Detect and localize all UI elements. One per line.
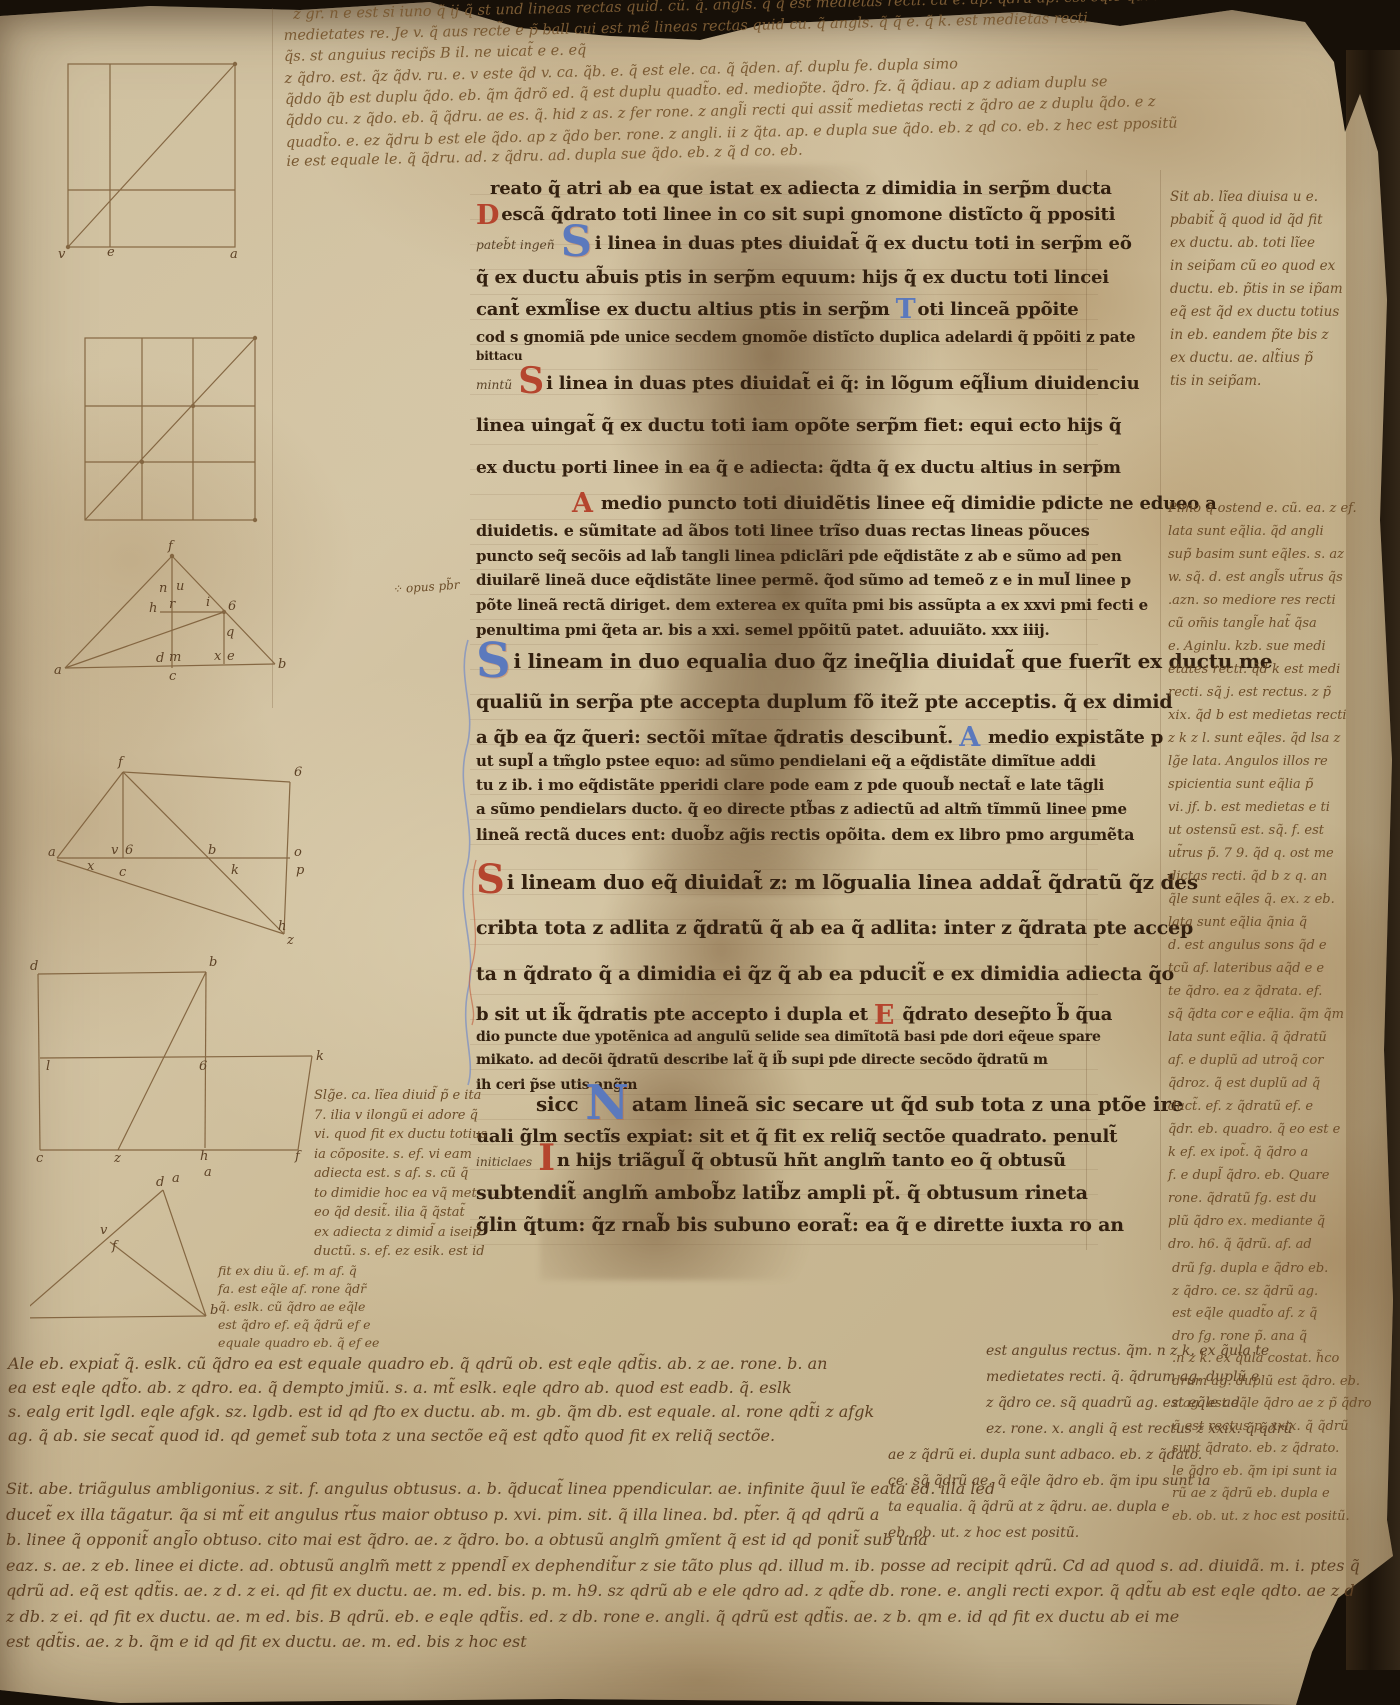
text-line: q̃dr. eb. quadro. q̃ eo est e [1168,1118,1357,1141]
text-line: medietates recti. q̃. q̃drum ag. duplũ e [986,1364,1292,1390]
text-line: ta n q̃drato q̃ a dimidia ei q̃z q̃ ab e… [476,963,1101,987]
text-line: e. Aginlu. kzb. sue medi [1168,635,1357,658]
text-line: d. est angulus sons q̃d e [1168,934,1357,957]
grand-blue-initial: S [561,216,592,267]
figure-rectangle-with-diagonal [38,972,312,1150]
text-line: qdrũ ad. eq̃ est qdt̃is. ae. z d. z ei. … [6,1578,1360,1604]
text-line: ex adiecta z dimid̃ a iseip̃ [314,1223,487,1243]
svg-text:x: x [87,859,95,874]
red-initial: A [572,488,593,519]
svg-text:z: z [113,1151,121,1166]
text-line: ia cõposite. s. ef. vi eam [314,1145,487,1165]
text-line: q̃. eslk. cũ q̃dro ae eq̃le [218,1298,379,1316]
svg-text:o: o [294,845,302,860]
svg-text:h: h [149,601,157,616]
text-line: ae z q̃drũ ei. dupla sunt adbaco. eb. z … [888,1442,1292,1468]
text-line: recti. sq̃ j. est rectus. z p̃ [1168,681,1357,704]
text-line: plũ q̃dro ex. mediante q̃ [1168,1210,1357,1233]
svg-text:f: f [167,539,175,554]
svg-text:c: c [36,1151,44,1166]
text-line: lata sunt eq̃lia. q̃ q̃dratũ [1168,1026,1357,1049]
figure-obtuse-triangle-extended [57,772,290,934]
svg-text:r: r [169,597,176,612]
svg-text:f: f [117,755,125,770]
text-line: ez. rone. x. angli q̃ est rectus z xxix.… [986,1416,1292,1442]
text-line: equale quadro eb. q̃ ef ee [218,1334,379,1352]
text-line: tis in seip̃am. [1170,370,1343,393]
svg-text:6: 6 [125,843,133,858]
text-line: a q̃b ea q̃z q̃ueri: sectõi mĩtae q̃drat… [476,727,1101,749]
text-line: sicc Natam lineã sic secare ut q̃d sub t… [536,1092,1101,1117]
left-margin-note-continued: fit ex diu ũ. ef. m af. q̃fa. est eq̃le … [218,1262,379,1352]
text-line: spicientia sunt eq̃lia p̃ [1168,773,1357,796]
text-line: z k z l. sunt eq̃les. q̃d lsa z [1168,727,1357,750]
text-line: ea est eqle qdt̃o. ab. z qdro. ea. q̃ de… [8,1376,874,1400]
text-line: ex ductu. ab. toti lĩee [1170,232,1343,255]
grand-blue-initial: N [585,1075,629,1131]
text-line: ut supl̃ a tm̃glo pstee equo: ad sũmo pe… [476,752,1101,771]
text-line: subtendit̃ anglm̃ ambob̃z latib̃z ampli … [476,1182,1101,1206]
text-line: tcũ af. lateribus aq̃d e e [1168,957,1357,980]
figure-square-grid-3x3-diagonal [85,336,257,521]
svg-text:f: f [294,1149,302,1164]
text-line: ag. q̃ ab. sie secat̃ quod id. qd gemet̃… [8,1424,874,1448]
text-line: puncto seq̃ secõis ad lab̃ tangli linea … [476,547,1101,566]
grand-red-initial: S [476,856,505,903]
text-line: pbabit̃ q̃ quod id q̃d fit [1170,209,1343,232]
svg-text:e: e [227,649,235,664]
text-line: duct̃. ef. z q̃dratũ ef. e [1168,1095,1357,1118]
text-line: q̃droz. q̃ est duplũ ad q̃ [1168,1072,1357,1095]
svg-text:v: v [111,843,119,858]
text-line: sq̃ q̃dta cor e eq̃lia. q̃m q̃m [1168,1003,1357,1026]
text-line: cod s gnomiã pde unice secdem gnomõe dis… [476,328,1101,347]
top-gloss: z gr. n e est si iuno q̃ ij q̃ st und li… [283,0,1266,170]
text-line: dictas recti. q̃d b z q. an [1168,865,1357,888]
svg-text:b: b [209,955,217,970]
svg-text:c: c [169,669,177,684]
text-line: vi. jf. b. est medietas e ti [1168,796,1357,819]
bottom-note-c: Sit. abe. triãgulus ambligonius. z sit. … [6,1476,1360,1655]
bottom-note-a: Ale eb. expiat̃ q̃. eslk. cũ q̃dro ea es… [8,1352,874,1448]
text-line: adiecta est. s af. s. cũ q̃ [314,1164,487,1184]
text-line: est angulus rectus. q̃m. n z k. ex q̃ula… [986,1338,1292,1364]
text-line: cant̃ exml̃ise ex ductu altius ptis in s… [476,299,1101,321]
text-line: bittacu [476,349,1101,364]
text-line: lata sunt eq̃lia. q̃d angli [1168,520,1357,543]
text-line: te q̃dro. ea z q̃drata. ef. [1168,980,1357,1003]
svg-text:l: l [46,1059,50,1074]
text-line: eo q̃d desit̃. ilia q̃ q̃stat̃ [314,1203,487,1223]
manuscript-page: v e a f n u h r i 6 q a d m x e c b f 6 … [0,0,1400,1705]
grand-red-initial: I [538,1137,555,1179]
svg-text:6: 6 [199,1059,207,1074]
text-line: a sũmo pendielars ducto. q̃ eo directe p… [476,800,1101,819]
text-line: linea uingat̃ q̃ ex ductu toti iam opõte… [476,415,1101,437]
text-line: vi. quod fit ex ductu totius [314,1125,487,1145]
text-line: Slg̃e. ca. lĩea diuid̃ p̃ e ita [314,1086,487,1106]
text-line: Si lineam duo eq̃ diuidat̃ z: m lõgualia… [476,870,1101,895]
text-line: mikato. ad decõi q̃dratũ describe lat̃ q… [476,1052,1101,1069]
text-line: pateb̃t ingeñ Si linea in duas ptes diui… [476,233,1101,255]
text-line: s. ealg erit lgdl. eqle afgk. sz. lgdb. … [8,1400,874,1424]
text-line: w. sq̃. d. est angl̃s ut̃rus q̃s [1168,566,1357,589]
svg-text:u: u [176,579,184,594]
left-margin-note: Slg̃e. ca. lĩea diuid̃ p̃ e ita7. ilia v… [314,1086,487,1262]
text-line: cũ om̃is tangl̃e hat̃ q̃sa [1168,612,1357,635]
text-line: qualiũ in serp̃a pte accepta duplum fõ i… [476,691,1101,715]
grand-blue-initial: S [476,633,510,689]
text-line: b sit ut ik̃ q̃dratis pte accepto i dupl… [476,1004,1101,1026]
svg-text:b: b [208,843,216,858]
text-line: diuilarẽ lineã duce eq̃distãte linee per… [476,571,1101,590]
text-line: cribta tota z adlita z q̃dratũ q̃ ab ea … [476,917,1101,941]
red-initial: E [874,1000,894,1031]
right-margin-note-mid: Pimo q̃ ostend e. cũ. ea. z ef.lata sunt… [1168,497,1357,1256]
svg-text:6: 6 [294,765,302,780]
svg-text:f: f [111,1239,119,1254]
text-line: q̃ ex ductu ab̃uis ptis in serp̃m equum:… [476,267,1101,289]
text-line: ut̃rus p̃. 7 9. q̃d q. ost me [1168,842,1357,865]
svg-text:b: b [278,657,286,672]
svg-text:h: h [278,919,286,934]
text-line: ut ostensũ est. sq̃. f. est [1168,819,1357,842]
text-line: af. e duplũ ad utroq̃ cor [1168,1049,1357,1072]
text-line: Pimo q̃ ostend e. cũ. ea. z ef. [1168,497,1357,520]
text-line: fit ex diu ũ. ef. m af. q̃ [218,1262,379,1280]
svg-text:k: k [231,863,239,878]
text-line: k ef. ex ipot̃. q̃ q̃dro a [1168,1141,1357,1164]
red-initial: D [476,200,499,231]
text-line: eaz. s. ae. z eb. linee ei dicte. ad. ob… [6,1553,1360,1579]
text-line: est q̃dro ef. eq̃ q̃drũ ef e [218,1316,379,1334]
text-line: z db. z ei. qd fit ex ductu. ae. m ed. b… [6,1604,1360,1630]
svg-text:a: a [48,845,56,860]
svg-text:a: a [54,663,62,678]
svg-text:d: d [156,651,164,666]
text-line: Ale eb. expiat̃ q̃. eslk. cũ q̃dro ea es… [8,1352,874,1376]
svg-text:d: d [156,1175,164,1190]
text-line: uali g̃lm sectĩs expiat: sit et q̃ fit e… [476,1126,1101,1148]
text-line: b. linee q̃ opponit̃ angl̃o obtuso. cito… [6,1527,1360,1553]
text-line: est eq̃le quadt̃o af. z q̃ [1172,1303,1372,1326]
text-line: ex ductu. ae. alt̃ius p̃ [1170,347,1343,370]
text-line: rone. q̃dratũ fg. est du [1168,1187,1357,1210]
text-line: f. e dupl̃ q̃dro. eb. Quare [1168,1164,1357,1187]
svg-text:d: d [30,959,38,974]
text-line: reato q̃ atri ab ea que istat ex adiecta… [490,178,1101,200]
text-line: z q̃dro ce. sq̃ quadrũ ag. est eq̃le ad [986,1390,1292,1416]
text-line: lg̃e lata. Angulos illos re [1168,750,1357,773]
svg-text:a: a [230,247,238,262]
small-gloss-words: pateb̃t ingeñ [476,238,555,252]
text-line: .azn. so mediore res recti [1168,589,1357,612]
text-line: Sit. abe. triãgulus ambligonius. z sit. … [6,1476,1360,1502]
svg-text:v: v [58,247,66,262]
text-line: tu z ib. i mo eq̃distãte pperidi clare p… [476,776,1101,795]
text-line: diuidetis. e sũmitate ad ãbos toti linee… [476,521,1101,541]
text-line: Si lineam in duo equalia duo q̃z ineq̃li… [476,649,1101,674]
svg-text:a: a [172,1171,180,1186]
text-line: dio puncte due ypotẽnica ad angulũ selid… [476,1029,1101,1046]
text-line: ducet̃ ex illa tãgatur. q̃a si mt̃ eit a… [6,1502,1360,1528]
right-margin-note-top: Sit ab. lĩea diuisa u e.pbabit̃ q̃ quod … [1170,186,1343,393]
text-line: etates recti. q̃d k est medi [1168,658,1357,681]
text-line: lineã rectã duces ent: duob̃z ag̃is rect… [476,825,1101,845]
figure-triangle-lower [30,1190,206,1318]
svg-text:x: x [214,649,222,664]
text-line: Sit ab. lĩea diuisa u e. [1170,186,1343,209]
text-line: ex ductu porti linee in ea q̃ e adiecta:… [476,458,1101,479]
svg-text:m: m [169,650,181,665]
svg-text:h: h [200,1149,208,1164]
text-line: to dimidie hoc ea vq̃ met [314,1184,487,1204]
blue-initial: A [959,722,980,753]
blue-initial: T [896,294,916,325]
text-line: ductu. eb. p̃tis in se ip̃am [1170,278,1343,301]
text-line: z q̃dro. ce. sz q̃drũ ag. [1172,1281,1372,1304]
svg-text:k: k [316,1049,324,1064]
svg-text:q: q [226,625,234,640]
svg-text:a: a [204,1165,212,1180]
text-line: g̃lin q̃tum: q̃z rnab̃ bis subuno eorat̃… [476,1214,1101,1238]
svg-text:6: 6 [228,599,236,614]
text-line: q̃le sunt eq̃les q̃. ex. z eb. [1168,888,1357,911]
text-line: fa. est eq̃le af. rone q̃dr̃ [218,1280,379,1298]
svg-text:i: i [206,595,210,610]
grand-red-initial: S [518,360,544,402]
svg-text:z: z [286,933,294,948]
svg-text:p: p [296,863,305,878]
text-line: est qdt̃is. ae. z b. q̃m e id qd fit ex … [6,1629,1360,1655]
text-line: dro. h6. q̃ q̃drũ. af. ad [1168,1233,1357,1256]
text-line: xix. q̃d b est medietas recti [1168,704,1357,727]
svg-text:n: n [159,581,167,596]
svg-text:e: e [107,245,115,260]
text-line: ductũ. s. ef. ez esik. est id [314,1242,487,1262]
figure-square-with-diagonal [66,62,236,248]
svg-text:v: v [100,1223,108,1238]
svg-text:c: c [119,865,127,880]
text-line: penultima pmi q̃eta ar. bis a xxi. semel… [476,621,1101,640]
text-line: A medio puncto toti diuidẽtis linee eq̃ … [572,493,1101,515]
small-gloss-words: mintũ [476,378,512,392]
text-line: mintũ Si linea in duas ptes diuidat̃ ei … [476,373,1101,395]
text-line: initiclaes In hijs triãgul̃ q̃ obtusũ hñ… [476,1150,1101,1172]
text-line: drũ fg. dupla e q̃dro eb. [1172,1258,1372,1281]
main-text-block: reato q̃ atri ab ea que istat ex adiecta… [476,172,1101,1237]
text-line: lata sunt eq̃lia q̃nia q̃ [1168,911,1357,934]
text-line: põte lineã rectã diriget. dem exterea ex… [476,596,1101,615]
text-line: in seip̃am cũ eo quod ex [1170,255,1343,278]
text-line: eq̃ est q̃d ex ductu totius [1170,301,1343,324]
text-line: sup̃ basim sunt eq̃les. s. az [1168,543,1357,566]
text-line: 7. ilia v ilongũ ei adore q̃ [314,1106,487,1126]
text-line: in eb. eandem p̃te bis z [1170,324,1343,347]
